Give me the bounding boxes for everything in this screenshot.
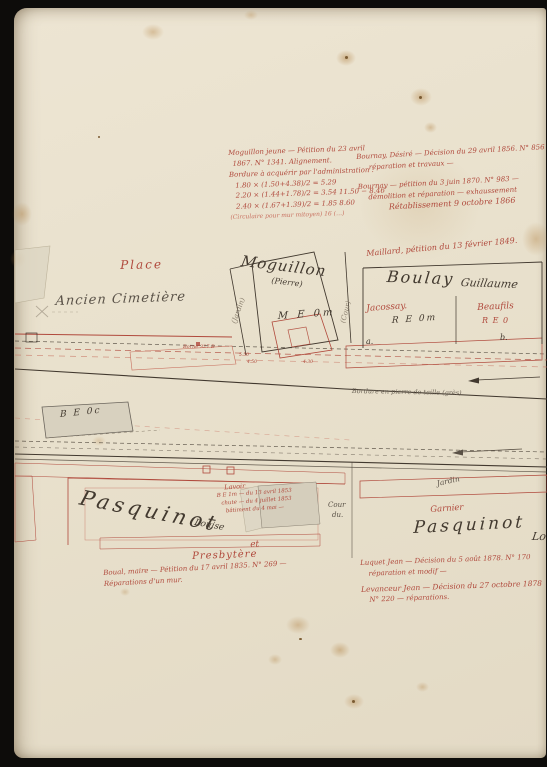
lower-street-lines: [15, 441, 547, 472]
jardin-band: [360, 475, 547, 498]
pasquinot-left-property: [15, 462, 352, 558]
alignment-arrow-upper: [468, 377, 540, 384]
scanned-atlas-page: { "page": { "description": "Hand-drawn 1…: [0, 0, 547, 767]
alignment-arrow-lower: [452, 449, 522, 456]
street-front-buildings: [130, 314, 542, 370]
upper-street-lines: [15, 333, 547, 399]
plan-drawing: [0, 0, 547, 767]
boulay-parcel: [363, 262, 542, 348]
pencil-cross-mark: [36, 306, 78, 317]
be0c-building: [42, 402, 160, 438]
place-corner-building: [15, 246, 50, 303]
